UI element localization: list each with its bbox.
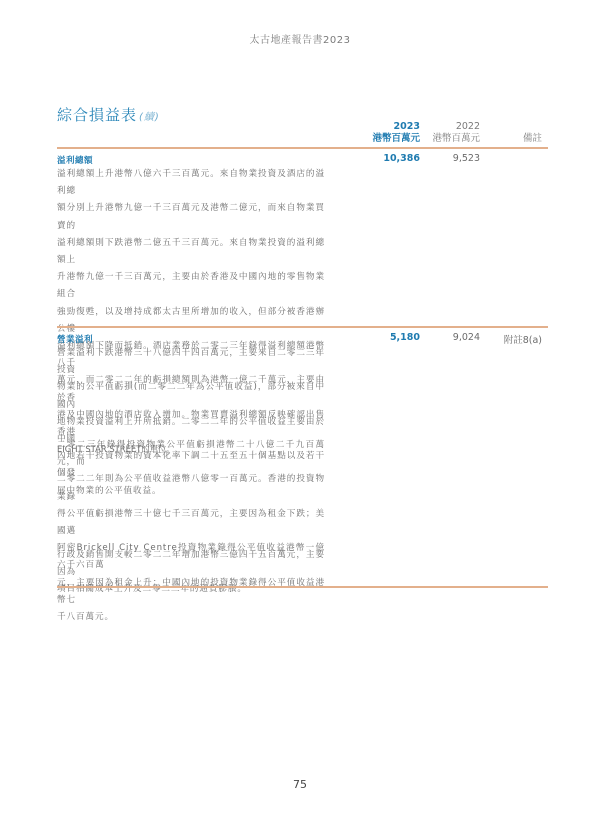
section-title-text: 綜合損益表 [57, 106, 137, 124]
text-line: 物業的公平值虧損(而二零二二年為公平值收益)，部分被來自中國內 [57, 379, 325, 413]
text-line: 行政及銷售開支較二零二二年增加港幣三億四千五百萬元，主要因為 [57, 547, 325, 581]
operating-profit-note: 附註8(a) [480, 332, 542, 346]
continued-label: (續) [139, 112, 160, 123]
text-line: 溢利總額上升港幣八億六千三百萬元。來自物業投資及酒店的溢利總 [57, 166, 325, 200]
gross-profit-2022: 9,523 [420, 153, 480, 164]
row-label-gross-profit: 溢利總額 [57, 154, 93, 166]
year-2022: 2022 [420, 121, 480, 133]
text-line: 項目相關成本上升及二零二三年的通貨膨脹。 [57, 581, 325, 598]
gross-profit-2023: 10,386 [360, 153, 420, 164]
text-line: 得公平值虧損港幣三十億七千三百萬元，主要因為租金下跌；美國邁 [57, 506, 325, 540]
header-divider [57, 147, 548, 149]
operating-profit-2022: 9,024 [420, 332, 480, 343]
text-line: 營業溢利下跌港幣三十八億四千四百萬元，主要來自二零二三年投資 [57, 345, 325, 379]
text-line: 升港幣九億一千三百萬元，主要由於香港及中國內地的零售物業組合 [57, 269, 325, 303]
table-bottom-divider [57, 586, 548, 588]
section-title: 綜合損益表(續) [57, 104, 160, 125]
unit-2022: 港幣百萬元 [420, 133, 480, 145]
column-header-note: 備註 [490, 133, 542, 145]
unit-2023: 港幣百萬元 [358, 133, 420, 145]
text-line: 千八百萬元。 [57, 609, 325, 626]
running-header: 太古地產報告書2023 [0, 31, 600, 46]
text-line: 溢利總額則下跌港幣二億五千三百萬元。來自物業投資的溢利總額上 [57, 235, 325, 269]
column-header-2022: 2022 港幣百萬元 [420, 121, 480, 145]
year-2023: 2023 [358, 121, 420, 133]
page-number: 75 [0, 778, 600, 791]
row-label-operating-profit: 營業溢利 [57, 333, 93, 345]
text-line: 強勁復甦，以及增持成都太古里所增加的收入，但部分被香港辦公樓 [57, 304, 325, 338]
column-header-2023: 2023 港幣百萬元 [358, 121, 420, 145]
row-divider [57, 326, 548, 328]
text-line: 二零二二年則為公平值收益港幣八億零一百萬元。香港的投資物業錄 [57, 471, 325, 505]
text-line: 額分別上升港幣九億一千三百萬元及港幣二億元，而來自物業買賣的 [57, 200, 325, 234]
operating-profit-commentary-3: 行政及銷售開支較二零二二年增加港幣三億四千五百萬元，主要因為 項目相關成本上升及… [57, 547, 325, 599]
text-line: 二零二三年錄得投資物業公平值虧損港幣二十八億二千九百萬元，而 [57, 437, 325, 471]
operating-profit-2023: 5,180 [360, 332, 420, 343]
